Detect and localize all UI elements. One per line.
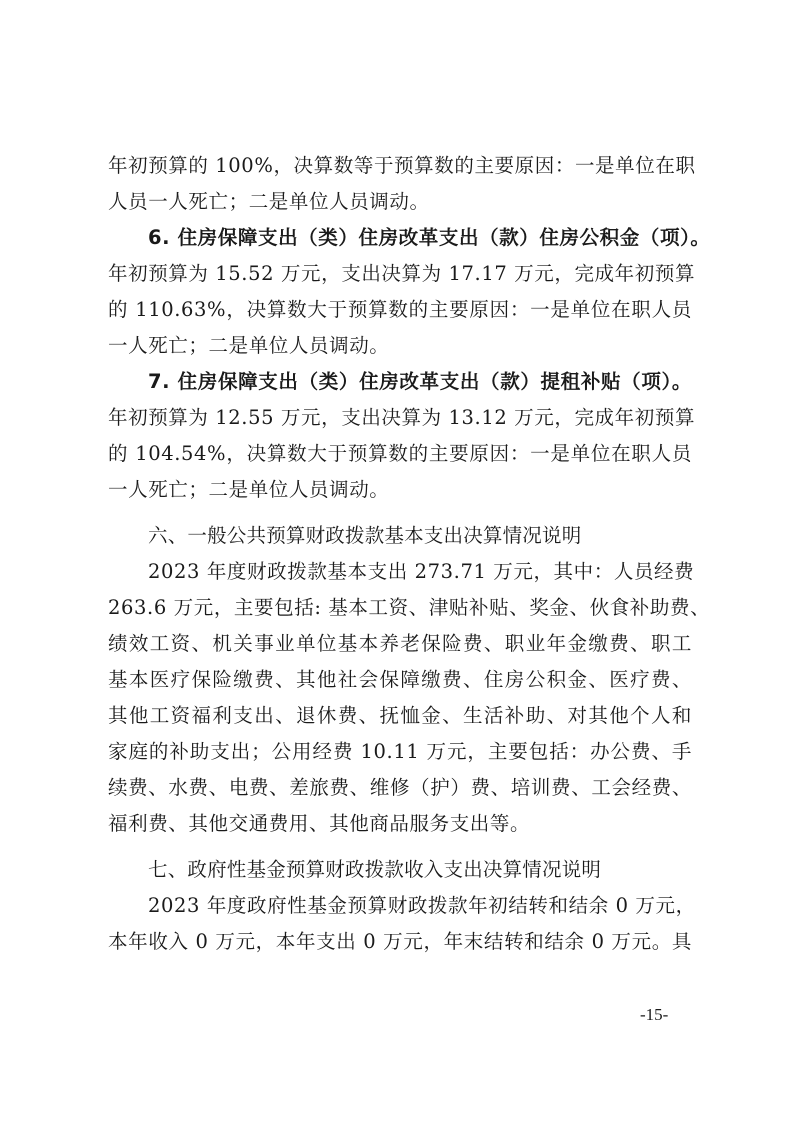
- body-line: 福利费、其他交通费用、其他商品服务支出等。: [108, 809, 692, 839]
- body-line: 人员一人死亡；二是单位人员调动。: [108, 187, 692, 217]
- body-line: 年初预算为 15.52 万元，支出决算为 17.17 万元，完成年初预算: [108, 259, 692, 289]
- item-heading-6: 6. 住房保障支出（类）住房改革支出（款）住房公积金（项）。: [148, 223, 692, 253]
- page-number: -15-: [640, 1005, 668, 1025]
- body-line: 本年收入 0 万元，本年支出 0 万元，年末结转和结余 0 万元。具: [108, 927, 692, 957]
- body-line: 2023 年度财政拨款基本支出 273.71 万元，其中：人员经费: [148, 557, 692, 587]
- body-line: 一人死亡；二是单位人员调动。: [108, 331, 692, 361]
- body-line: 基本医疗保险缴费、其他社会保障缴费、住房公积金、医疗费、: [108, 665, 692, 695]
- body-line: 续费、水费、电费、差旅费、维修（护）费、培训费、工会经费、: [108, 773, 692, 803]
- body-line: 年初预算的 100%，决算数等于预算数的主要原因：一是单位在职: [108, 151, 692, 181]
- body-line: 2023 年度政府性基金预算财政拨款年初结转和结余 0 万元，: [148, 891, 692, 921]
- body-line: 年初预算为 12.55 万元，支出决算为 13.12 万元，完成年初预算: [108, 403, 692, 433]
- body-line: 的 104.54%，决算数大于预算数的主要原因：一是单位在职人员: [108, 439, 692, 469]
- body-line: 绩效工资、机关事业单位基本养老保险费、职业年金缴费、职工: [108, 629, 692, 659]
- document-page: 年初预算的 100%，决算数等于预算数的主要原因：一是单位在职 人员一人死亡；二…: [0, 0, 793, 1122]
- body-line: 263.6 万元，主要包括: 基本工资、津贴补贴、奖金、伙食补助费、: [108, 593, 692, 623]
- item-heading-7: 7. 住房保障支出（类）住房改革支出（款）提租补贴（项）。: [148, 367, 692, 397]
- body-line: 家庭的补助支出；公用经费 10.11 万元，主要包括：办公费、手: [108, 737, 692, 767]
- section-heading-7: 七、政府性基金预算财政拨款收入支出决算情况说明: [148, 855, 692, 885]
- section-heading-6: 六、一般公共预算财政拨款基本支出决算情况说明: [148, 521, 692, 551]
- body-line: 其他工资福利支出、退休费、抚恤金、生活补助、对其他个人和: [108, 701, 692, 731]
- body-line: 一人死亡；二是单位人员调动。: [108, 475, 692, 505]
- body-line: 的 110.63%，决算数大于预算数的主要原因：一是单位在职人员: [108, 295, 692, 325]
